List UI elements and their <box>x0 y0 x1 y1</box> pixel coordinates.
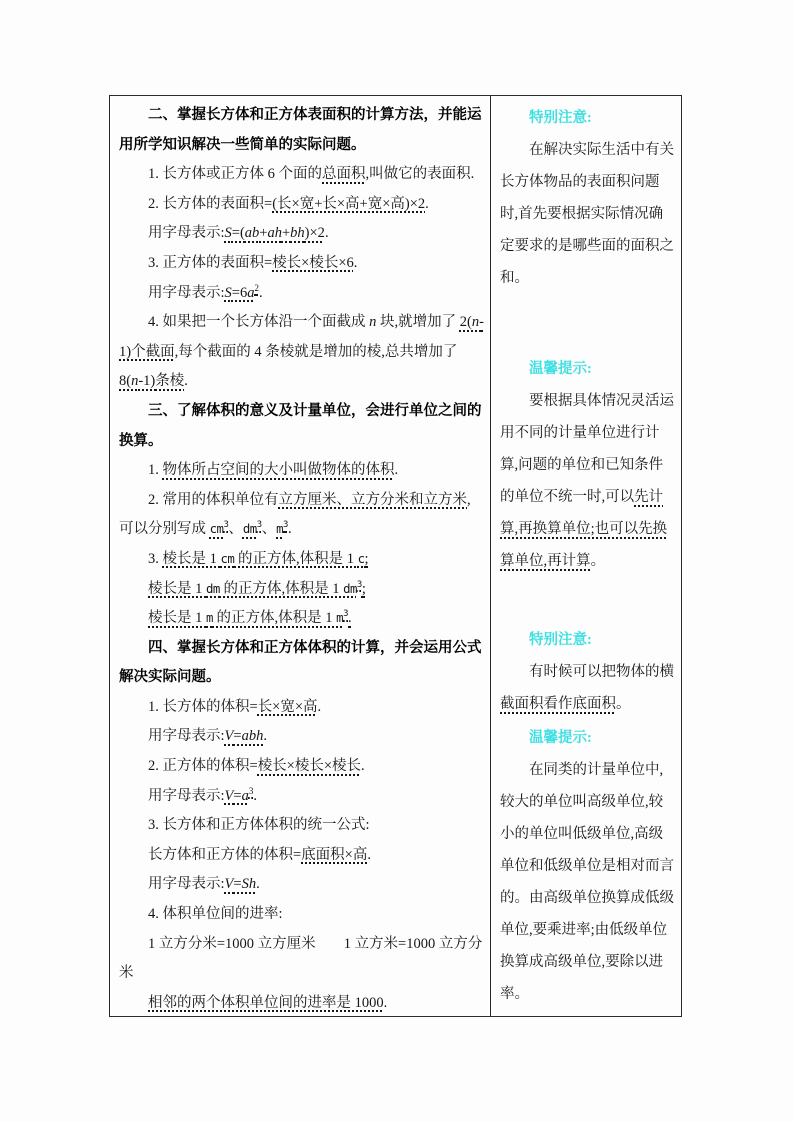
text-run: 二、掌握长方体和正方体表面积的计算方法，并能运用所学知识解决一些简单的实际问题。 <box>119 107 482 153</box>
text-run: 长×宽×高 <box>258 699 318 715</box>
text-run: . <box>184 373 188 389</box>
text-run: . <box>263 728 267 744</box>
text-run: 用字母表示: <box>148 728 225 744</box>
text-run: + <box>282 225 290 241</box>
text-run: . <box>253 788 257 804</box>
paragraph: 1. 物体所占空间的大小叫做物体的体积. <box>119 456 484 486</box>
spacer <box>316 947 344 948</box>
text-run: 1. <box>148 462 163 478</box>
text-run: 3. 长方体和正方体体积的统一公式: <box>148 817 370 833</box>
text-run: =( <box>232 225 245 241</box>
text-run: 用字母表示: <box>148 225 225 241</box>
text-run: 2. 常用的体积单位有 <box>148 492 279 508</box>
paragraph: 用字母表示:V=Sh. <box>119 870 484 900</box>
text-run: 三、了解体积的意义及计量单位，会进行单位之间的换算。 <box>119 403 482 449</box>
paragraph: 3. 棱长是 1 cm 的正方体,体积是 1 c; <box>119 545 484 575</box>
text-run: . <box>325 225 329 241</box>
text-run: -1) <box>138 373 155 389</box>
text-run: 2. 正方体的体积= <box>148 758 258 774</box>
content-table: 二、掌握长方体和正方体表面积的计算方法，并能运用所学知识解决一些简单的实际问题。… <box>109 95 682 1017</box>
paragraph: 1. 长方体的体积=长×宽×高. <box>119 693 484 723</box>
text-run: . <box>288 521 292 537</box>
text-run: ; <box>365 551 369 567</box>
text-run: bh <box>290 225 305 241</box>
text-run: 用字母表示: <box>148 788 225 804</box>
text-run: abh <box>242 728 264 744</box>
text-run: ; <box>362 581 366 597</box>
text-run: 截面积看作底面积 <box>500 696 616 712</box>
paragraph: 1. 长方体或正方体 6 个面的总面积,叫做它的表面积. <box>119 160 484 190</box>
paragraph: 用字母表示:S=6a2. <box>119 279 484 309</box>
note-title: 特别注意: <box>500 102 674 134</box>
paragraph: 2. 正方体的体积=棱长×棱长×棱长. <box>119 752 484 782</box>
text-run: 2( <box>460 314 472 330</box>
section-heading: 二、掌握长方体和正方体表面积的计算方法，并能运用所学知识解决一些简单的实际问题。 <box>119 101 484 160</box>
document-page: 二、掌握长方体和正方体表面积的计算方法，并能运用所学知识解决一些简单的实际问题。… <box>0 0 793 1122</box>
text-run: . <box>318 699 322 715</box>
text-run: 在解决实际生活中有关长方体物品的表面积问题时,首先要根据实际情况确定要求的是哪些… <box>500 142 674 286</box>
text-run: Sh <box>242 876 257 892</box>
text-run: 相邻的两个体积单位间的进率是 1000 <box>148 995 384 1011</box>
paragraph: 4. 如果把一个长方体沿一个面截成 n 块,就增加了 2(n-1)个截面,每个截… <box>119 308 484 397</box>
text-run: m <box>206 611 213 625</box>
text-run: . <box>395 462 399 478</box>
text-run: 个截面 <box>131 344 175 360</box>
text-run: 用字母表示: <box>148 285 225 301</box>
text-run: m <box>276 522 283 536</box>
text-run: 1. 长方体的体积= <box>148 699 258 715</box>
text-run: . <box>256 876 260 892</box>
text-run: 总面积 <box>322 166 366 182</box>
text-run: 物体所占空间的大小叫做物体的体积 <box>163 462 395 478</box>
text-run: ah <box>267 225 282 241</box>
note-paragraph: 在解决实际生活中有关长方体物品的表面积问题时,首先要根据实际情况确定要求的是哪些… <box>500 134 674 294</box>
text-run: 长方体和正方体的体积= <box>148 847 301 863</box>
text-run: cm <box>210 522 224 536</box>
note-block: 特别注意:有时候可以把物体的横截面积看作底面积。 <box>500 624 674 720</box>
text-run: 的正方体,体积是 1 <box>213 610 336 626</box>
text-run: 条棱 <box>155 373 184 389</box>
text-run: n <box>472 314 479 330</box>
text-run: 用字母表示: <box>148 876 225 892</box>
paragraph: 3. 正方体的表面积=棱长×棱长×6. <box>119 249 484 279</box>
note-paragraph: 有时候可以把物体的横截面积看作底面积。 <box>500 656 674 720</box>
paragraph: 3. 长方体和正方体体积的统一公式: <box>119 811 484 841</box>
text-run: 的正方体,体积是 1 <box>220 581 343 597</box>
text-run: . <box>259 285 263 301</box>
paragraph: 用字母表示:V=abh. <box>119 722 484 752</box>
text-run: =6 <box>232 285 247 301</box>
paragraph: 棱长是 1 dm 的正方体,体积是 1 dm3; <box>119 575 484 605</box>
paragraph: 2. 长方体的表面积=(长×宽+长×高+宽×高)×2. <box>119 190 484 220</box>
text-run: ,每个截面的 4 条棱就是增加的棱,总共增加了 <box>175 344 458 360</box>
note-title: 温馨提示: <box>500 353 674 385</box>
note-block: 温馨提示:要根据具体情况灵活运用不同的计量单位进行计算,问题的单位和已知条件的单… <box>500 353 674 577</box>
paragraph: 4. 体积单位间的进率: <box>119 900 484 930</box>
text-run: . <box>354 255 358 271</box>
text-run: cm <box>221 552 235 566</box>
text-run: ,叫做它的表面积. <box>366 166 475 182</box>
text-run: . <box>384 995 388 1011</box>
text-run: 、 <box>262 521 277 537</box>
text-run: 2. 长方体的表面积= <box>148 196 272 212</box>
paragraph: 棱长是 1 m 的正方体,体积是 1 m3. <box>119 604 484 634</box>
text-run: a <box>242 788 249 804</box>
paragraph: 2. 常用的体积单位有立方厘米、立方分米和立方米,可以分别写成 cm3、dm3、… <box>119 486 484 545</box>
note-title: 特别注意: <box>500 624 674 656</box>
text-run: 在同类的计量单位中,较大的单位叫高级单位,较小的单位叫低级单位,高级单位和低级单… <box>500 762 674 1002</box>
text-run: . <box>348 610 352 626</box>
text-run: . <box>361 758 365 774</box>
text-run: 四、掌握长方体和正方体体积的计算，并会运用公式解决实际问题。 <box>119 640 482 686</box>
text-run: dm <box>206 582 220 596</box>
paragraph: 用字母表示:S=(ab+ah+bh)×2. <box>119 219 484 249</box>
text-run: 米 <box>119 965 134 981</box>
text-run: c <box>358 552 365 566</box>
text-run: dm <box>343 582 357 596</box>
section-heading: 三、了解体积的意义及计量单位，会进行单位之间的换算。 <box>119 397 484 456</box>
text-run: S <box>225 285 232 301</box>
text-run: S <box>225 225 232 241</box>
text-run: 8( <box>119 373 131 389</box>
text-run: = <box>233 876 241 892</box>
section-heading: 四、掌握长方体和正方体体积的计算，并会运用公式解决实际问题。 <box>119 634 484 693</box>
note-paragraph: 在同类的计量单位中,较大的单位叫高级单位,较小的单位叫低级单位,高级单位和低级单… <box>500 754 674 1010</box>
text-run: 底面积×高 <box>301 847 367 863</box>
text-run: (长×宽+长×高+宽×高)×2 <box>272 196 425 212</box>
text-run: ab <box>245 225 260 241</box>
note-paragraph: 要根据具体情况灵活运用不同的计量单位进行计算,问题的单位和已知条件的单位不统一时… <box>500 385 674 577</box>
text-run: dm <box>243 522 257 536</box>
text-run: . <box>367 847 371 863</box>
text-run: . <box>425 196 429 212</box>
text-run: )×2 <box>305 225 325 241</box>
text-run: 立方厘米、立方分米和立方米 <box>279 492 468 508</box>
text-run: 有时候可以把物体的横 <box>529 664 674 680</box>
text-run: 棱长是 1 <box>163 551 221 567</box>
text-run: 的正方体,体积是 1 <box>234 551 357 567</box>
text-run: = <box>233 728 241 744</box>
note-block: 温馨提示:在同类的计量单位中,较大的单位叫高级单位,较小的单位叫低级单位,高级单… <box>500 722 674 1010</box>
paragraph: 相邻的两个体积单位间的进率是 1000. <box>119 989 484 1016</box>
note-block: 特别注意:在解决实际生活中有关长方体物品的表面积问题时,首先要根据实际情况确定要… <box>500 102 674 294</box>
paragraph: 用字母表示:V=a3. <box>119 782 484 812</box>
text-run: 、 <box>228 521 243 537</box>
text-run: 。 <box>591 553 606 569</box>
text-run: 1 立方米=1000 立方分 <box>344 936 483 952</box>
paragraph: 长方体和正方体的体积=底面积×高. <box>119 841 484 871</box>
text-run: 棱长×棱长×棱长 <box>258 758 361 774</box>
text-run: 棱长是 1 <box>148 581 206 597</box>
text-run: 块,就增加了 <box>376 314 459 330</box>
text-run: 3. 正方体的表面积= <box>148 255 272 271</box>
text-run: 4. 如果把一个长方体沿一个面截成 <box>148 314 369 330</box>
main-column: 二、掌握长方体和正方体表面积的计算方法，并能运用所学知识解决一些简单的实际问题。… <box>110 96 491 1016</box>
text-run: 棱长是 1 <box>148 610 206 626</box>
paragraph: 1 立方分米=1000 立方厘米1 立方米=1000 立方分米 <box>119 930 484 989</box>
text-run: = <box>233 788 241 804</box>
text-run: 1 立方分米=1000 立方厘米 <box>148 936 316 952</box>
text-run: 3. <box>148 551 163 567</box>
text-run: 。 <box>616 696 631 712</box>
note-title: 温馨提示: <box>500 722 674 754</box>
text-run: 4. 体积单位间的进率: <box>148 906 283 922</box>
text-run: 棱长×棱长×6 <box>272 255 354 271</box>
notes-column: 特别注意:在解决实际生活中有关长方体物品的表面积问题时,首先要根据实际情况确定要… <box>491 96 681 1016</box>
text-run: 1. 长方体或正方体 6 个面的 <box>148 166 322 182</box>
